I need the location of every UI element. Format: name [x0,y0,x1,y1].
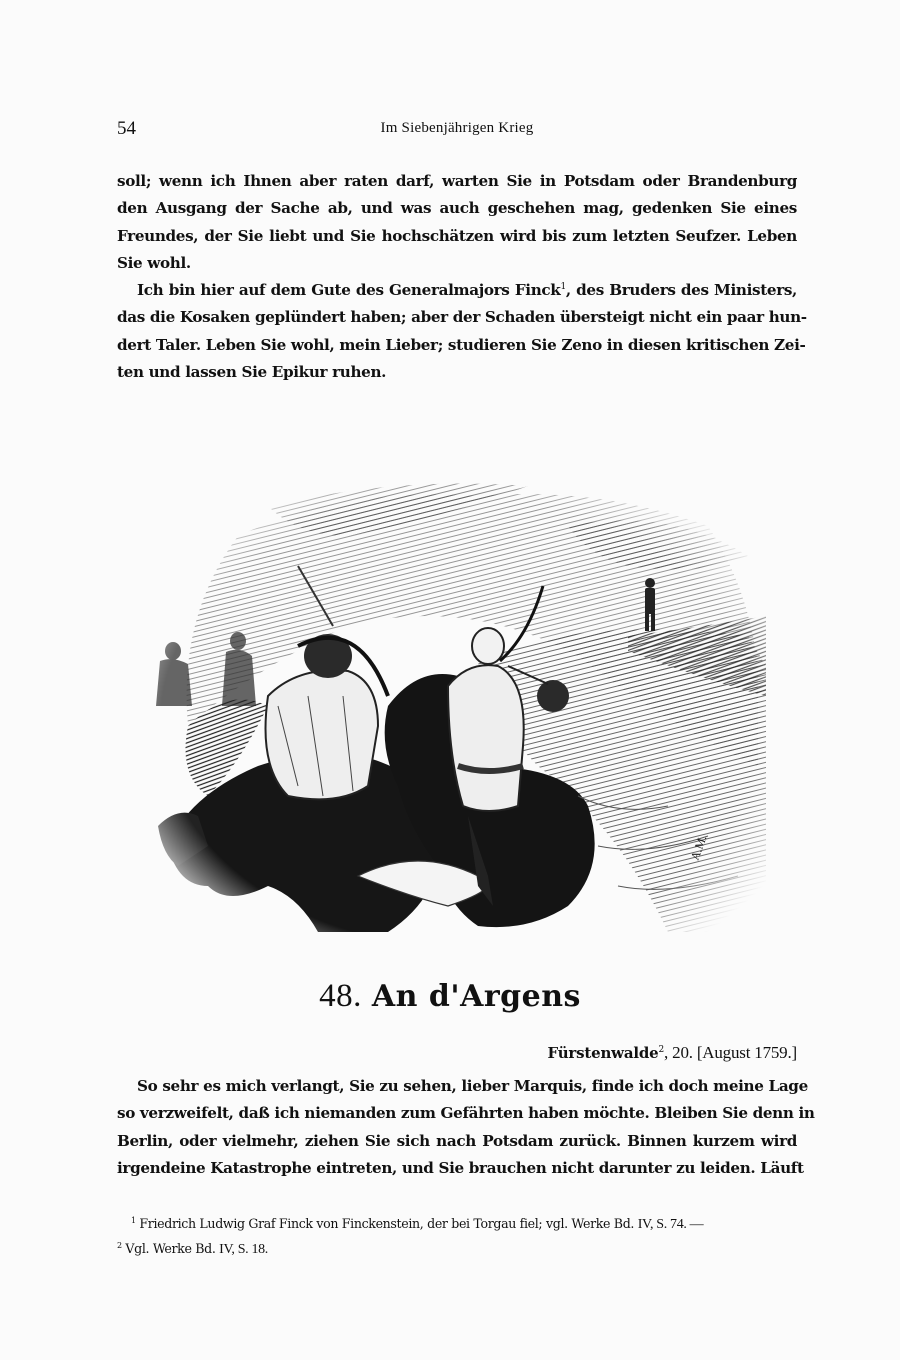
text-line: Ich bin hier auf dem Gute des Generalmaj… [117,277,797,304]
letter-body: So sehr es mich verlangt, Sie zu sehen, … [117,1073,797,1182]
book-page: 54 Im Siebenjährigen Krieg soll; wenn ic… [0,0,900,1360]
text-line: irgendeine Katastrophe eintreten, und Si… [117,1155,797,1182]
letter-heading: 48. An d'Argens [0,978,900,1015]
text-fragment: Ich bin hier auf dem Gute des Generalmaj… [137,281,560,299]
engraving-illustration: A.M. [148,466,772,932]
text-line: den Ausgang der Sache ab, und was auch g… [117,195,797,222]
continued-letter-text: soll; wenn ich Ihnen aber raten darf, wa… [117,168,797,386]
place-name: Fürstenwalde [548,1044,659,1062]
letter-dateline: Fürstenwalde2, 20. [August 1759.] [548,1043,797,1063]
letter-date: , 20. [August 1759.] [664,1043,797,1062]
text-fragment: , des Bruders des Ministers, [566,281,797,299]
footnotes: 1 Friedrich Ludwig Graf Finck von Fincke… [117,1212,797,1262]
footnote-1: 1 Friedrich Ludwig Graf Finck von Fincke… [117,1212,797,1237]
text-line: ten und lassen Sie Epikur ruhen. [117,359,797,386]
text-line: Sie wohl. [117,250,797,277]
text-line: soll; wenn ich Ihnen aber raten darf, wa… [117,168,797,195]
footnote-2: 2 Vgl. Werke Bd. IV, S. 18. [117,1237,797,1262]
running-head: 54 Im Siebenjährigen Krieg [117,118,797,142]
text-line: das die Kosaken geplündert haben; aber d… [117,304,797,331]
text-line: Berlin, oder vielmehr, ziehen Sie sich n… [117,1128,797,1155]
text-line: dert Taler. Leben Sie wohl, mein Lieber;… [117,332,797,359]
letter-number: 48. [319,978,362,1014]
text-line: Freundes, der Sie liebt und Sie hochschä… [117,223,797,250]
footnote-marker: 1 [131,1216,136,1225]
footnote-marker: 2 [117,1241,122,1250]
text-line: So sehr es mich verlangt, Sie zu sehen, … [117,1073,797,1100]
footnote-reference: IV, S. 74. — [638,1217,704,1232]
riders-engraving-icon: A.M. [148,466,772,932]
footnote-text: Vgl. Werke Bd. [125,1241,215,1256]
footnote-reference: IV, S. 18. [219,1242,268,1257]
text-line: so verzweifelt, daß ich niemanden zum Ge… [117,1100,797,1127]
footnote-text: Friedrich Ludwig Graf Finck von Finckens… [139,1216,634,1231]
letter-title: An d'Argens [372,979,581,1014]
running-title: Im Siebenjährigen Krieg [117,120,797,137]
